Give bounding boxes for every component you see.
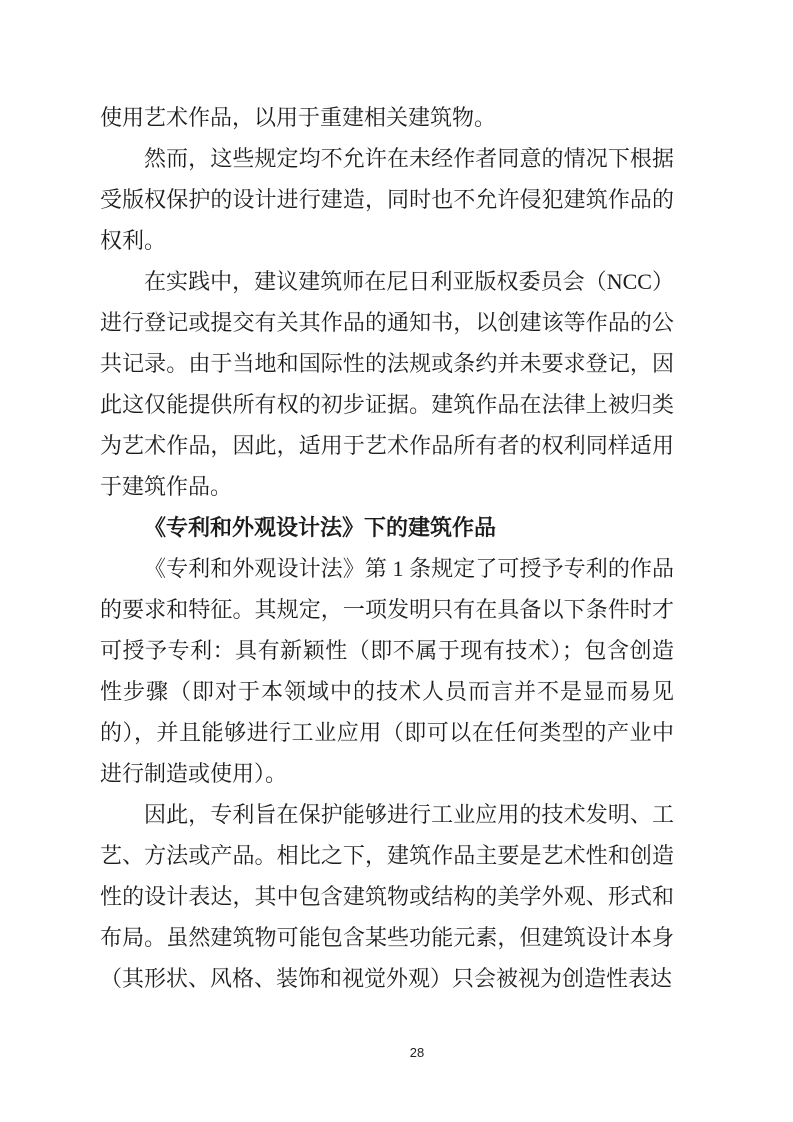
paragraph: 使用艺术作品，以用于重建相关建筑物。	[100, 97, 674, 138]
paragraph: 因此，专利旨在保护能够进行工业应用的技术发明、工艺、方法或产品。相比之下，建筑作…	[100, 794, 674, 999]
document-page: 使用艺术作品，以用于重建相关建筑物。 然而，这些规定均不允许在未经作者同意的情况…	[0, 0, 793, 1122]
paragraph: 然而，这些规定均不允许在未经作者同意的情况下根据受版权保护的设计进行建造，同时也…	[100, 138, 674, 261]
paragraph: 《专利和外观设计法》第 1 条规定了可授予专利的作品的要求和特征。其规定，一项发…	[100, 548, 674, 794]
paragraph: 在实践中，建议建筑师在尼日利亚版权委员会（NCC）进行登记或提交有关其作品的通知…	[100, 261, 674, 507]
section-heading: 《专利和外观设计法》下的建筑作品	[100, 507, 674, 548]
text-column: 使用艺术作品，以用于重建相关建筑物。 然而，这些规定均不允许在未经作者同意的情况…	[100, 97, 674, 999]
page-number: 28	[410, 1045, 424, 1061]
